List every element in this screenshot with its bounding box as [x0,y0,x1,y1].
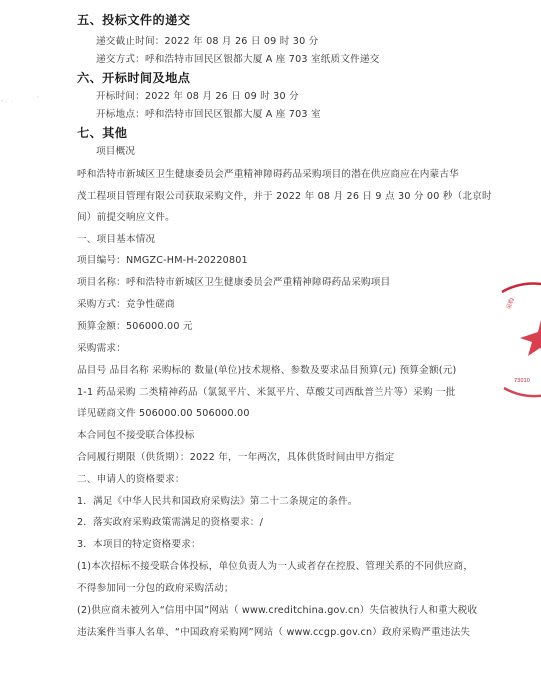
requirements-table-header: 品目号 品目名称 采购标的 数量(单位)技术规格、参数及要求品目预算(元) 预算… [77,364,456,378]
official-seal-stamp-icon: 采购 73010 [490,280,541,400]
qualification-item-2: 2．落实政府采购政策需满足的资格要求：/ [77,516,263,530]
overview-line-1: 呼和浩特市新城区卫生健康委员会严重精神障碍药品采购项目的潜在供应商应在内蒙古华 [77,168,459,182]
qualifications-heading: 二、申请人的资格要求： [77,473,185,487]
submission-method: 递交方式：呼和浩特市回民区银都大厦 A 座 703 室纸质文件递交 [96,53,380,67]
qualification-sub1-line-2: 不得参加同一分包的政府采购活动； [77,582,234,596]
procurement-method: 采购方式：竞争性磋商 [77,298,175,312]
requirements-row-line-1: 1-1 药品采购 二类精神药品（氯氮平片、米氮平片、草酸艾司西酞普兰片等）采购 … [77,386,456,400]
requirements-label: 采购需求： [77,342,126,356]
qualification-sub1-line-1: (1)本次招标不接受联合体投标，单位负责人为一人或者存在控股、管理关系的不同供应… [77,560,473,574]
project-number: 项目编号：NMGZC-HM-H-20220801 [77,254,248,268]
overview-line-2: 茂工程项目管理有限公司获取采购文件，并于 2022 年 08 月 26 日 9 … [77,190,492,204]
scan-specks [0,95,60,110]
qualification-item-3: 3．本项目的特定资格要求： [77,538,201,552]
qualification-item-1: 1．满足《中华人民共和国政府采购法》第二十二条规定的条件。 [77,495,358,509]
section-heading-opening: 六、开标时间及地点 [77,71,190,85]
basic-info-heading: 一、项目基本情况 [77,233,155,247]
document-page: 五、投标文件的递交 递交截止时间：2022 年 08 月 26 日 09 时 3… [0,0,541,675]
opening-place: 开标地点：呼和浩特市回民区银都大厦 A 座 703 室 [96,108,321,122]
submission-deadline: 递交截止时间：2022 年 08 月 26 日 09 时 30 分 [96,35,318,49]
section-heading-submission: 五、投标文件的递交 [77,13,190,27]
project-name: 项目名称：呼和浩特市新城区卫生健康委员会严重精神障碍药品采购项目 [77,276,390,290]
overview-line-3: 间）前提交响应文件。 [77,211,175,225]
budget-amount: 预算金额：506000.00 元 [77,320,193,334]
seal-number: 73010 [514,378,530,384]
opening-time: 开标时间：2022 年 08 月 26 日 09 时 30 分 [96,90,299,104]
qualification-sub2-line-2: 违法案件当事人名单、“中国政府采购网”网站（ www.ccgp.gov.cn）政… [77,626,470,640]
no-consortium-note: 本合同包不接受联合体投标 [77,429,195,443]
seal-text: 采购 [504,297,516,311]
requirements-row-line-2: 详见磋商文件 506000.00 506000.00 [77,407,250,421]
contract-period: 合同履行期限（供货期）：2022 年，一年两次，具体供货时间由甲方指定 [77,451,394,465]
overview-label: 项目概况 [96,145,135,159]
qualification-sub2-line-1: (2)供应商未被列入“信用中国”网站（ www.creditchina.gov.… [77,604,477,618]
section-heading-other: 七、其他 [77,126,127,140]
